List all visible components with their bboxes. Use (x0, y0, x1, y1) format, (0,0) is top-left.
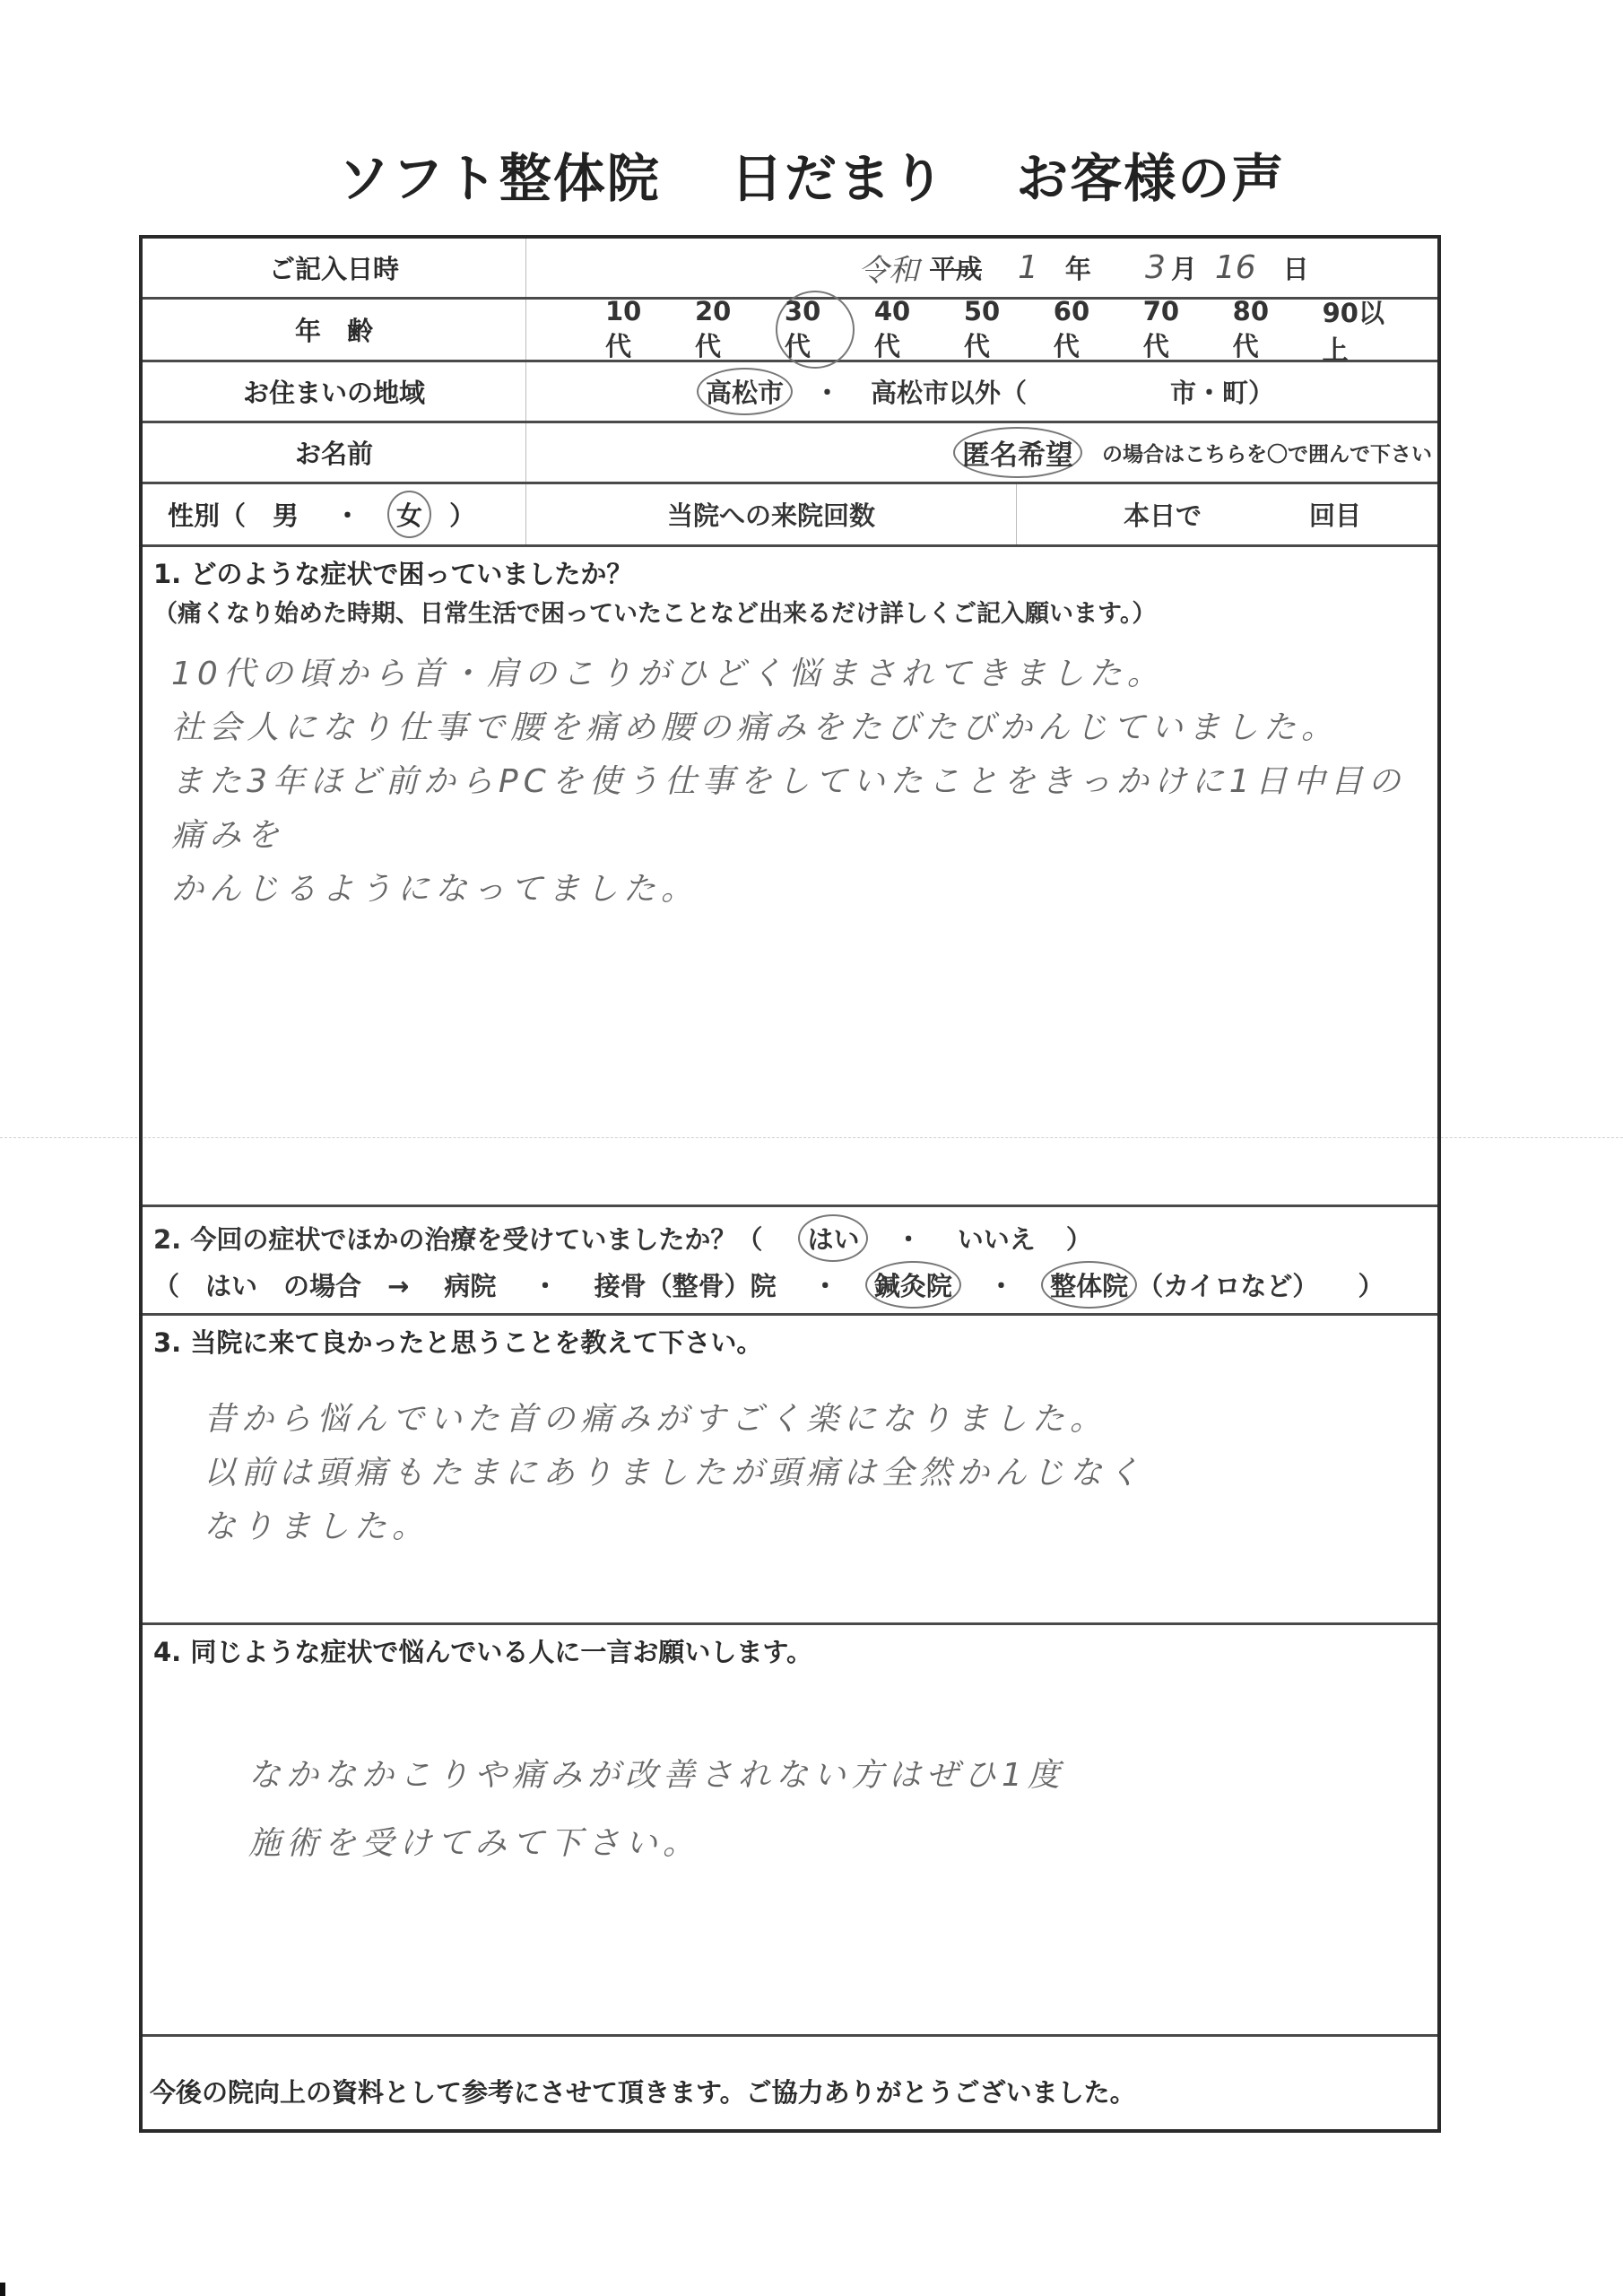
row-residence: お住まいの地域 高松市 ・ 高松市以外（ 市・町） (143, 362, 1437, 423)
question-3-answer[interactable]: 昔から悩んでいた首の痛みがすごく楽になりました。 以前は頭痛もたまにありましたが… (204, 1393, 1419, 1554)
day-unit: 日 (1283, 249, 1309, 286)
feedback-form: ご記入日時 令和 平成 1 年 3 月 16 日 年 齢 10代 20代 30代… (139, 235, 1441, 2133)
gender-option-male[interactable]: 男 (273, 496, 299, 533)
gender-label: 性別（ (168, 496, 246, 533)
q2-followup-bonesetter[interactable]: 接骨（整骨）院 (595, 1271, 777, 1301)
date-year: 1 (1018, 249, 1038, 286)
question-2-followup: （ はい の場合 → 病院 ・ 接骨（整骨）院 ・ 鍼灸院 ・ 整体院 （カイロ… (153, 1266, 1384, 1303)
page-title: ソフト整体院 日だまり お客様の声 (0, 136, 1623, 212)
name-field[interactable]: 匿名希望 の場合はこちらを〇で囲んで下さい (526, 423, 1437, 482)
clinic-name: 日だまり (731, 148, 946, 209)
q2-option-yes-selected[interactable]: はい (798, 1214, 868, 1262)
visits-label: 当院への来院回数 (526, 484, 1017, 544)
question-2-title: 2. 今回の症状でほかの治療を受けていましたか？（ はい ・ いいえ ） (153, 1220, 1092, 1257)
age-option-10s[interactable]: 10代 (605, 296, 666, 363)
residence-separator: ・ (814, 373, 840, 410)
gender-field: 性別（ 男 ・ 女 ） (143, 484, 526, 544)
residence-label: お住まいの地域 (143, 362, 526, 421)
q2-followup-hospital[interactable]: 病院 (444, 1271, 496, 1301)
residence-other-suffix: 市・町） (1170, 373, 1274, 410)
question-3: 3. 当院に来て良かったと思うことを教えて下さい。 昔から悩んでいた首の痛みがす… (143, 1316, 1437, 1625)
question-1-answer[interactable]: 10代の頃から首・肩のこりがひどく悩まされてきました。 社会人になり仕事で腰を痛… (171, 648, 1419, 917)
answer-line: かんじるようになってました。 (171, 863, 1419, 917)
answer-line: なりました。 (204, 1500, 1419, 1554)
question-1-subtitle: （痛くなり始めた時期、日常生活で困っていたことなど出来るだけ詳しくご記入願います… (153, 594, 1156, 629)
age-option-40s[interactable]: 40代 (874, 296, 935, 363)
residence-option-takamatsu-selected[interactable]: 高松市 (697, 368, 793, 415)
age-options: 10代 20代 30代 40代 50代 60代 70代 80代 90以上 (526, 300, 1437, 360)
row-age: 年 齢 10代 20代 30代 40代 50代 60代 70代 80代 90以上 (143, 300, 1437, 362)
anonymous-option-selected[interactable]: 匿名希望 (953, 427, 1082, 478)
gender-separator: ・ (334, 496, 360, 533)
form-footer: 今後の院向上の資料として参考にさせて頂きます。ご協力ありがとうございました。 (143, 2037, 1437, 2133)
residence-options: 高松市 ・ 高松市以外（ 市・町） (526, 362, 1437, 421)
scan-corner-mark (0, 2283, 5, 2296)
q2-followup-acupuncture-selected[interactable]: 鍼灸院 (865, 1261, 961, 1309)
month-unit: 月 (1171, 249, 1197, 286)
era-printed: 平成 (930, 249, 982, 286)
age-option-30s-selected[interactable]: 30代 (776, 291, 855, 369)
q2-followup-seitai-selected[interactable]: 整体院 (1041, 1261, 1137, 1309)
q2-option-no[interactable]: いいえ (958, 1224, 1036, 1255)
age-label: 年 齢 (143, 300, 526, 360)
question-4-answer[interactable]: なかなかこりや痛みが改善されない方はぜひ1度 施術を受けてみて下さい。 (248, 1742, 1419, 1878)
clinic-type: ソフト整体院 (338, 148, 661, 209)
residence-option-other[interactable]: 高松市以外（ (871, 373, 1027, 410)
age-option-50s[interactable]: 50代 (964, 296, 1025, 363)
question-4-title: 4. 同じような症状で悩んでいる人に一言お願いします。 (153, 1632, 812, 1669)
visits-prefix: 本日で (1124, 496, 1202, 533)
question-1: 1. どのような症状で困っていましたか？ （痛くなり始めた時期、日常生活で困って… (143, 547, 1437, 1207)
name-label: お名前 (143, 423, 526, 482)
date-day: 16 (1215, 249, 1256, 286)
age-option-90plus[interactable]: 90以上 (1323, 293, 1409, 367)
answer-line: 社会人になり仕事で腰を痛め腰の痛みをたびたびかんじていました。 (171, 701, 1419, 755)
answer-line: なかなかこりや痛みが改善されない方はぜひ1度 (248, 1742, 1419, 1810)
anonymous-note: の場合はこちらを〇で囲んで下さい (1102, 438, 1432, 467)
answer-line: 昔から悩んでいた首の痛みがすごく楽になりました。 (204, 1393, 1419, 1447)
answer-line: 10代の頃から首・肩のこりがひどく悩まされてきました。 (171, 648, 1419, 701)
answer-line: 施術を受けてみて下さい。 (248, 1810, 1419, 1878)
footer-thanks: 今後の院向上の資料として参考にさせて頂きます。ご協力ありがとうございました。 (150, 2073, 1136, 2109)
year-unit: 年 (1065, 249, 1091, 286)
gender-close: ） (449, 496, 475, 533)
question-3-title: 3. 当院に来て良かったと思うことを教えて下さい。 (153, 1323, 762, 1360)
visits-field[interactable]: 本日で 回目 (1016, 484, 1437, 544)
answer-line: また3年ほど前からPCを使う仕事をしていたことをきっかけに1日中目の痛みを (171, 755, 1419, 863)
row-gender-visits: 性別（ 男 ・ 女 ） 当院への来院回数 本日で 回目 (143, 484, 1437, 547)
date-label: ご記入日時 (143, 239, 526, 297)
age-option-80s[interactable]: 80代 (1233, 296, 1294, 363)
row-name: お名前 匿名希望 の場合はこちらを〇で囲んで下さい (143, 423, 1437, 484)
date-month: 3 (1145, 249, 1166, 286)
age-option-70s[interactable]: 70代 (1143, 296, 1204, 363)
age-option-60s[interactable]: 60代 (1054, 296, 1115, 363)
question-2: 2. 今回の症状でほかの治療を受けていましたか？（ はい ・ いいえ ） （ は… (143, 1207, 1437, 1316)
gender-option-female-selected[interactable]: 女 (387, 491, 431, 538)
visits-suffix: 回目 (1309, 496, 1361, 533)
question-1-title: 1. どのような症状で困っていましたか？ (153, 554, 632, 591)
date-field[interactable]: 令和 平成 1 年 3 月 16 日 (526, 239, 1437, 297)
row-date: ご記入日時 令和 平成 1 年 3 月 16 日 (143, 239, 1437, 300)
document-type: お客様の声 (1016, 148, 1285, 209)
answer-line: 以前は頭痛もたまにありましたが頭痛は全然かんじなく (204, 1447, 1419, 1500)
era-handwritten: 令和 (858, 246, 919, 290)
age-option-20s[interactable]: 20代 (695, 296, 756, 363)
question-4: 4. 同じような症状で悩んでいる人に一言お願いします。 なかなかこりや痛みが改善… (143, 1625, 1437, 2037)
